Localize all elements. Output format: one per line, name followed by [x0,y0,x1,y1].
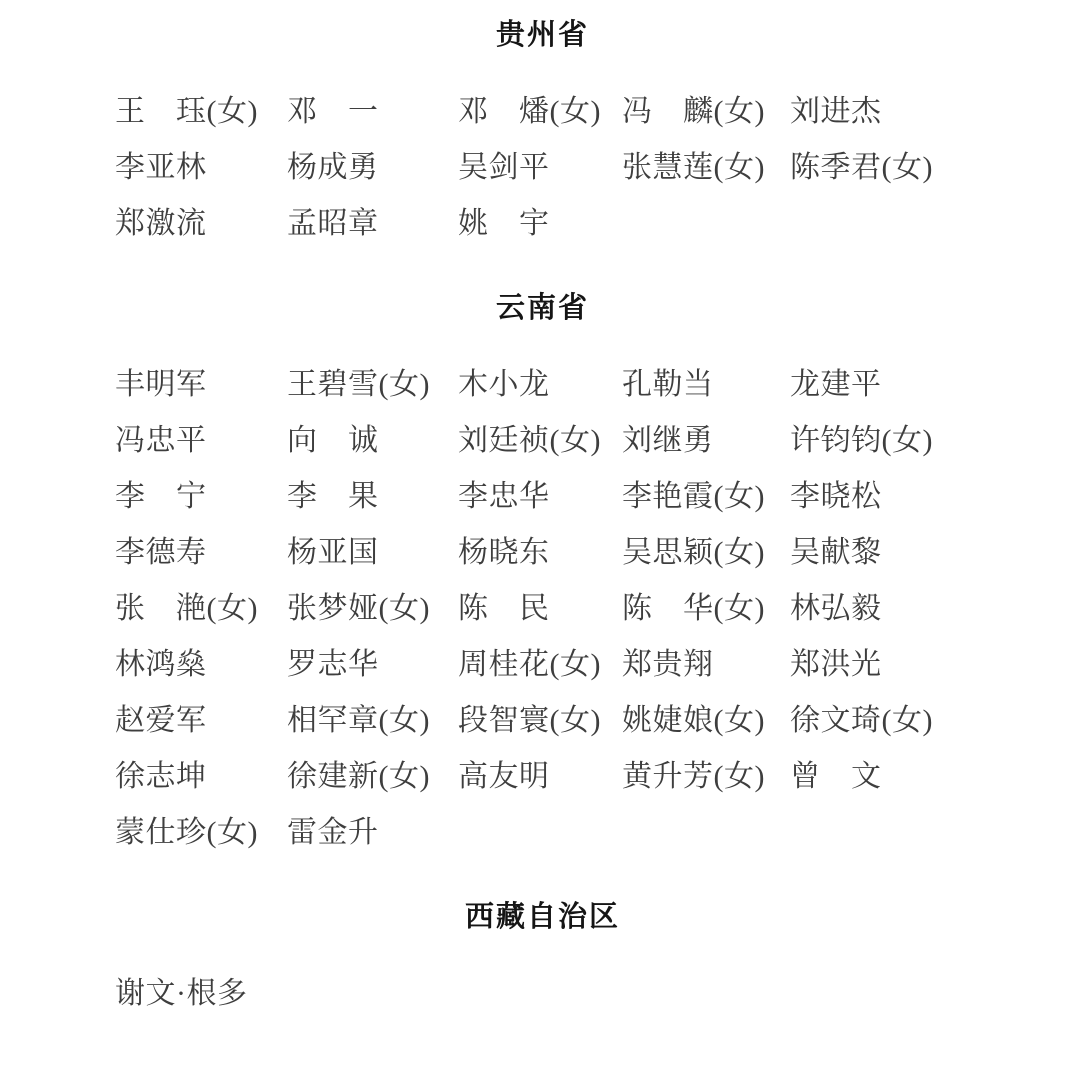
person-name: 李艳霞(女) [622,479,790,514]
person-name: 郑激流 [115,206,287,241]
person-name: 吴剑平 [458,150,622,185]
name-row: 丰明军王碧雪(女)木小龙孔勒当龙建平 [115,367,970,402]
name-row: 蒙仕珍(女)雷金升 [115,815,970,850]
person-name: 徐志坤 [115,759,287,794]
name-row: 郑激流孟昭章姚 宇 [115,206,970,241]
person-name: 段智寰(女) [458,703,622,738]
province-title: 贵州省 [115,18,970,52]
name-row: 冯忠平向 诚刘廷祯(女)刘继勇许钧钧(女) [115,423,970,458]
person-name: 李忠华 [458,479,622,514]
person-name: 林弘毅 [790,591,970,626]
person-name: 相罕章(女) [287,703,458,738]
name-row: 赵爱军相罕章(女)段智寰(女)姚婕娘(女)徐文琦(女) [115,703,970,738]
name-row: 徐志坤徐建新(女)高友明黄升芳(女)曾 文 [115,759,970,794]
person-name: 冯忠平 [115,423,287,458]
person-name: 王碧雪(女) [287,367,458,402]
person-name: 刘继勇 [622,423,790,458]
person-name: 郑贵翔 [622,647,790,682]
name-row: 王 珏(女)邓 一邓 燔(女)冯 麟(女)刘进杰 [115,94,970,129]
person-name: 杨晓东 [458,535,622,570]
person-name: 刘进杰 [790,94,970,129]
person-name: 谢文·根多 [115,976,287,1011]
person-name: 徐文琦(女) [790,703,970,738]
person-name: 陈 华(女) [622,591,790,626]
name-row: 张 滟(女)张梦娅(女)陈 民陈 华(女)林弘毅 [115,591,970,626]
person-name: 姚 宇 [458,206,622,241]
person-name: 龙建平 [790,367,970,402]
province-title: 云南省 [115,291,970,325]
province-title: 西藏自治区 [115,900,970,934]
person-name: 徐建新(女) [287,759,458,794]
person-name: 杨亚国 [287,535,458,570]
person-name: 丰明军 [115,367,287,402]
person-name: 黄升芳(女) [622,759,790,794]
person-name: 张 滟(女) [115,591,287,626]
person-name: 向 诚 [287,423,458,458]
person-name: 吴思颖(女) [622,535,790,570]
name-row: 李 宁李 果李忠华李艳霞(女)李晓松 [115,479,970,514]
person-name: 许钧钧(女) [790,423,970,458]
person-name: 邓 燔(女) [458,94,622,129]
person-name: 周桂花(女) [458,647,622,682]
person-name: 孔勒当 [622,367,790,402]
person-name: 曾 文 [790,759,970,794]
person-name: 冯 麟(女) [622,94,790,129]
person-name: 郑洪光 [790,647,970,682]
person-name: 姚婕娘(女) [622,703,790,738]
person-name: 陈季君(女) [790,150,970,185]
name-row: 林鸿燊罗志华周桂花(女)郑贵翔郑洪光 [115,647,970,682]
person-name: 邓 一 [287,94,458,129]
person-name: 陈 民 [458,591,622,626]
person-name: 林鸿燊 [115,647,287,682]
name-row: 李亚林杨成勇吴剑平张慧莲(女)陈季君(女) [115,150,970,185]
person-name: 蒙仕珍(女) [115,815,287,850]
province-section: 贵州省王 珏(女)邓 一邓 燔(女)冯 麟(女)刘进杰李亚林杨成勇吴剑平张慧莲(… [115,18,970,241]
person-name: 雷金升 [287,815,458,850]
person-name: 张梦娅(女) [287,591,458,626]
person-name: 李 宁 [115,479,287,514]
province-section: 西藏自治区谢文·根多 [115,900,970,1011]
person-name: 李德寿 [115,535,287,570]
person-name: 张慧莲(女) [622,150,790,185]
person-name: 刘廷祯(女) [458,423,622,458]
person-name: 木小龙 [458,367,622,402]
person-name: 赵爱军 [115,703,287,738]
document-page: 贵州省王 珏(女)邓 一邓 燔(女)冯 麟(女)刘进杰李亚林杨成勇吴剑平张慧莲(… [115,18,970,1011]
person-name: 李 果 [287,479,458,514]
person-name: 李亚林 [115,150,287,185]
person-name: 吴献黎 [790,535,970,570]
person-name: 罗志华 [287,647,458,682]
person-name: 孟昭章 [287,206,458,241]
person-name: 杨成勇 [287,150,458,185]
person-name: 高友明 [458,759,622,794]
name-row: 李德寿杨亚国杨晓东吴思颖(女)吴献黎 [115,535,970,570]
province-section: 云南省丰明军王碧雪(女)木小龙孔勒当龙建平冯忠平向 诚刘廷祯(女)刘继勇许钧钧(… [115,291,970,850]
name-row: 谢文·根多 [115,976,970,1011]
person-name: 李晓松 [790,479,970,514]
person-name: 王 珏(女) [115,94,287,129]
